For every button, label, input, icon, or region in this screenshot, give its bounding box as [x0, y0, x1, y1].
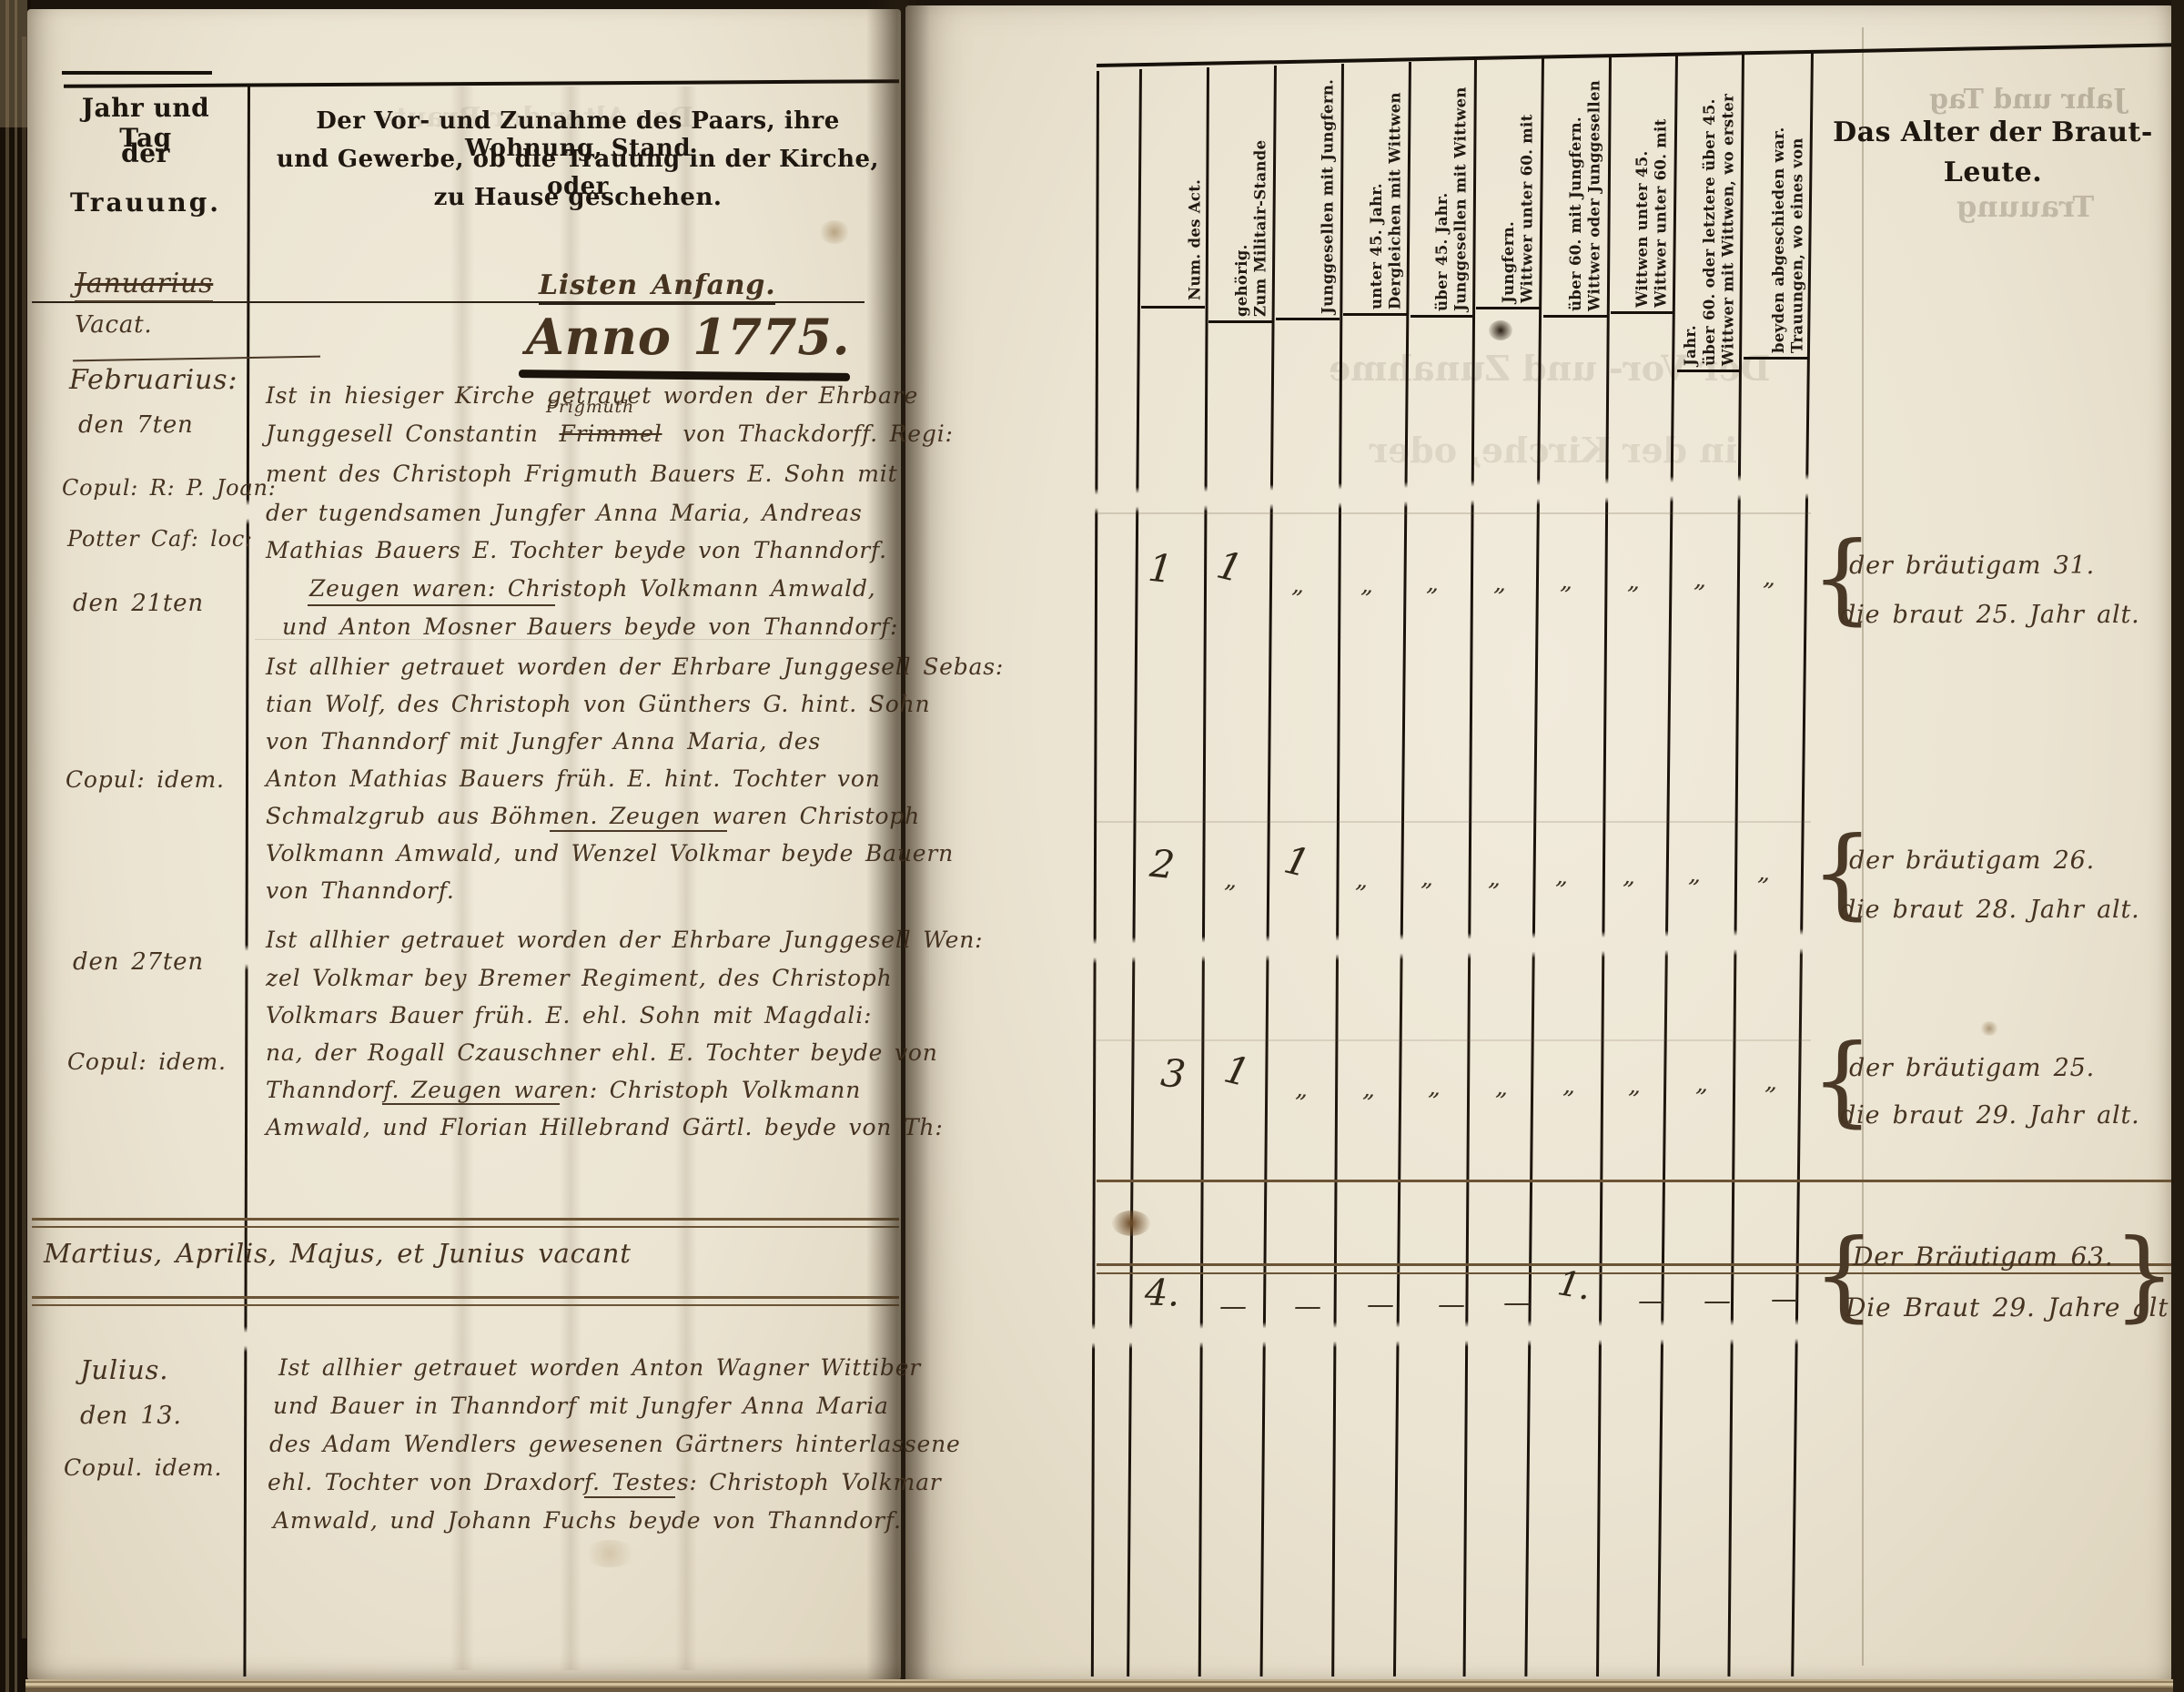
- entry-line: und Anton Mosner Bauers beyde von Thannd…: [282, 613, 898, 640]
- month-january: Januarius: [75, 268, 213, 299]
- copulator-note: Copul. idem.: [64, 1454, 222, 1481]
- col-header-widowers-under60-widows-under45: Wittwer unter 60. mit Wittwen unter 45.: [1612, 77, 1671, 308]
- age-column-header: Leute.: [1820, 157, 2166, 188]
- row-separator: [1097, 512, 1811, 514]
- bride-age: die braut 28. Jahr alt.: [1840, 896, 2139, 924]
- bleedthrough-text: Trauung: [1956, 189, 2094, 224]
- header-tick: [1343, 313, 1407, 316]
- witnesses-underline: [382, 1103, 560, 1105]
- col-header-bachelors-widows-over45: Junggesellen mit Wittwen über 45. Jahr.: [1411, 77, 1471, 311]
- page-stack-left2: [15, 0, 17, 1692]
- entry-line: und Bauer in Thanndorf mit Jungfer Anna …: [273, 1393, 889, 1419]
- entry-line: na, der Rogall Czauschner ehl. E. Tochte…: [266, 1039, 938, 1066]
- february-day-27: den 27ten: [73, 948, 204, 976]
- entry-text: Junggesell Constantin: [266, 420, 539, 447]
- entry-line: des Adam Wendlers gewesenen Gärtners hin…: [269, 1431, 961, 1457]
- header-tick: [1276, 318, 1340, 320]
- col-header-widowers-widows-over60: Wittwer mit Wittwen, wo erster über 60. …: [1678, 75, 1738, 366]
- groom-age: der bräutigam 26.: [1849, 846, 2095, 875]
- entry-line: Zeugen waren: Christoph Volkmann Amwald,: [309, 575, 876, 602]
- age-brace-close: }: [2113, 1227, 2176, 1325]
- ink-stain: [1112, 1211, 1150, 1236]
- date-column-header: Trauung.: [55, 187, 237, 218]
- left-top-rule-segment: [62, 71, 212, 75]
- tally-cell: —: [1438, 1289, 1465, 1321]
- date-column-header: der: [55, 138, 237, 168]
- band-rule: [32, 1296, 899, 1299]
- entry-line: Volkmann Amwald, und Wenzel Volkmar beyd…: [266, 840, 954, 866]
- witnesses-underline: [308, 604, 555, 606]
- entry-line: Thanndorf. Zeugen waren: Christoph Volkm…: [266, 1077, 861, 1103]
- entry-line: Volkmars Bauer früh. E. ehl. Sohn mit Ma…: [266, 1002, 872, 1028]
- col-header-military: Zum Militair-Stande gehörig.: [1210, 77, 1270, 317]
- copulator-note: Copul: R: P. Joan:: [62, 475, 277, 501]
- tally-cell: 2: [1148, 841, 1178, 888]
- guide-line: [255, 639, 892, 640]
- col-header-num: Num. des Act.: [1143, 109, 1205, 300]
- band-rule: [1097, 1180, 2173, 1182]
- july-day-13: den 13.: [80, 1402, 182, 1430]
- tally-cell: —: [1704, 1285, 1731, 1317]
- year-heading: Anno 1775.: [526, 308, 850, 366]
- copulator-note: Copul: idem.: [67, 1049, 227, 1075]
- tally-cell: —: [1771, 1283, 1798, 1315]
- col-header-divorced: Trauungen, wo eines von beyden abgeschie…: [1745, 75, 1807, 353]
- row-separator: [1097, 821, 1811, 823]
- january-vacat-note: Vacat.: [75, 311, 152, 339]
- entry-line: der tugendsamen Jungfer Anna Maria, Andr…: [266, 500, 863, 526]
- list-start-heading: Listen Anfang.: [539, 269, 775, 305]
- entry-line: von Thanndorf mit Jungfer Anna Maria, de…: [266, 728, 821, 755]
- band-rule: [1097, 1272, 2173, 1274]
- groom-age: der bräutigam 25.: [1849, 1054, 2095, 1082]
- tally-cell: —: [1638, 1285, 1665, 1317]
- band-rule: [32, 1226, 899, 1228]
- testes-underline: [584, 1496, 675, 1498]
- entry-line: Ist allhier getrauet worden der Ehrbare …: [266, 653, 1004, 680]
- header-tick: [1543, 315, 1607, 318]
- groom-age: der bräutigam 31.: [1849, 552, 2095, 580]
- col-header-widowers-over60-maidens: Wittwer oder Junggesellen über 60. mit J…: [1544, 77, 1604, 311]
- page-stack-left: [5, 0, 9, 1692]
- row-separator: [1097, 1039, 1811, 1041]
- ink-stain: [1489, 320, 1512, 340]
- paper-stain: [1980, 1021, 1998, 1036]
- edge-right: [2171, 0, 2184, 1692]
- struck-word: Frimmel: [559, 420, 662, 447]
- page-stack-bottom: [25, 1679, 2173, 1692]
- header-tick: [1410, 315, 1472, 318]
- church-register-photo: Jahr und Tag Trauung Der Vor- und Zunahm…: [0, 0, 2184, 1692]
- february-day-7: den 7ten: [78, 411, 194, 439]
- tally-cell: —: [1219, 1291, 1247, 1322]
- entry-line: Anton Mathias Bauers früh. E. hint. Toch…: [266, 765, 881, 792]
- col-header-bachelors-maidens: Junggesellen mit Jungfern.: [1278, 77, 1338, 314]
- inserted-word-above: Frigmuth: [546, 397, 634, 417]
- entry-line: Mathias Bauers E. Tochter beyde von Than…: [266, 537, 887, 563]
- header-tick: [1476, 307, 1540, 309]
- entry-line: zel Volkmar bey Bremer Regiment, des Chr…: [266, 965, 893, 991]
- bleedthrough-text: in der Kirche, oder: [1370, 430, 1737, 471]
- entry-line: tian Wolf, des Christoph von Günthers G.…: [266, 691, 930, 717]
- copulator-note: Copul: idem.: [66, 766, 225, 793]
- bride-age: die braut 29. Jahr alt.: [1840, 1101, 2139, 1130]
- entry-line: Amwald, und Johann Fuchs beyde von Thann…: [273, 1507, 902, 1534]
- header-tick: [1744, 357, 1809, 360]
- header-tick: [1677, 370, 1740, 372]
- tally-cell: 4.: [1144, 1272, 1180, 1314]
- entry-line: Schmalzgrub aus Böhmen. Zeugen waren Chr…: [266, 803, 920, 829]
- tally-cell: 1.: [1554, 1262, 1593, 1308]
- month-july: Julius.: [80, 1354, 168, 1385]
- entry-line: von Thanndorf.: [266, 877, 455, 904]
- tally-cell: —: [1503, 1287, 1531, 1319]
- paper-stain: [819, 220, 850, 244]
- bride-age: die braut 25. Jahr alt.: [1840, 601, 2139, 629]
- page-stack-left3: [22, 36, 26, 1638]
- tally-cell: 1: [1147, 545, 1176, 593]
- tally-cell: —: [1367, 1289, 1394, 1321]
- entry-line: Ist allhier getrauet worden Anton Wagner…: [278, 1354, 921, 1381]
- band-rule: [32, 1304, 899, 1306]
- header-tick: [1208, 320, 1272, 323]
- tally-cell: 3: [1159, 1050, 1188, 1098]
- witnesses-underline: [550, 830, 727, 832]
- band-rule: [32, 1218, 899, 1221]
- entry-text: von Thackdorff. Regi:: [682, 420, 953, 447]
- bleedthrough-text: Jahr und Tag: [1929, 84, 2127, 116]
- groom-age: Der Bräutigam 63.: [1853, 1241, 2113, 1272]
- copulator-note: Potter Caf: loc:: [67, 526, 253, 552]
- vacant-months-note: Martius, Aprilis, Majus, et Junius vacan…: [44, 1238, 632, 1269]
- corner-page-edges: [0, 0, 27, 127]
- entry-line: Junggesell Constantin Frimmel von Thackd…: [266, 420, 954, 447]
- entry-line: Amwald, und Florian Hillebrand Gärtl. be…: [266, 1114, 944, 1140]
- main-column-header: zu Hause geschehen.: [259, 184, 896, 211]
- age-column-header: Das Alter der Braut-: [1820, 117, 2166, 148]
- tally-cell: —: [1294, 1291, 1321, 1322]
- entry-line: ment des Christoph Frigmuth Bauers E. So…: [266, 461, 897, 487]
- col-header-widowers-under60-maidens: Wittwer unter 60. mit Jungfern.: [1477, 77, 1537, 303]
- month-january-text: Januarius: [75, 268, 213, 302]
- entry-line: ehl. Tochter von Draxdorf. Testes: Chris…: [268, 1469, 942, 1495]
- header-tick: [1611, 311, 1673, 314]
- paper-stain: [582, 1540, 637, 1567]
- month-february: Februarius:: [69, 364, 238, 396]
- header-tick: [1141, 306, 1205, 309]
- february-day-21: den 21ten: [73, 590, 204, 617]
- col-header-bachelors-widows-under45: Dergleichen mit Wittwen unter 45. Jahr.: [1345, 77, 1405, 309]
- entry-line: Ist allhier getrauet worden der Ehrbare …: [266, 927, 983, 953]
